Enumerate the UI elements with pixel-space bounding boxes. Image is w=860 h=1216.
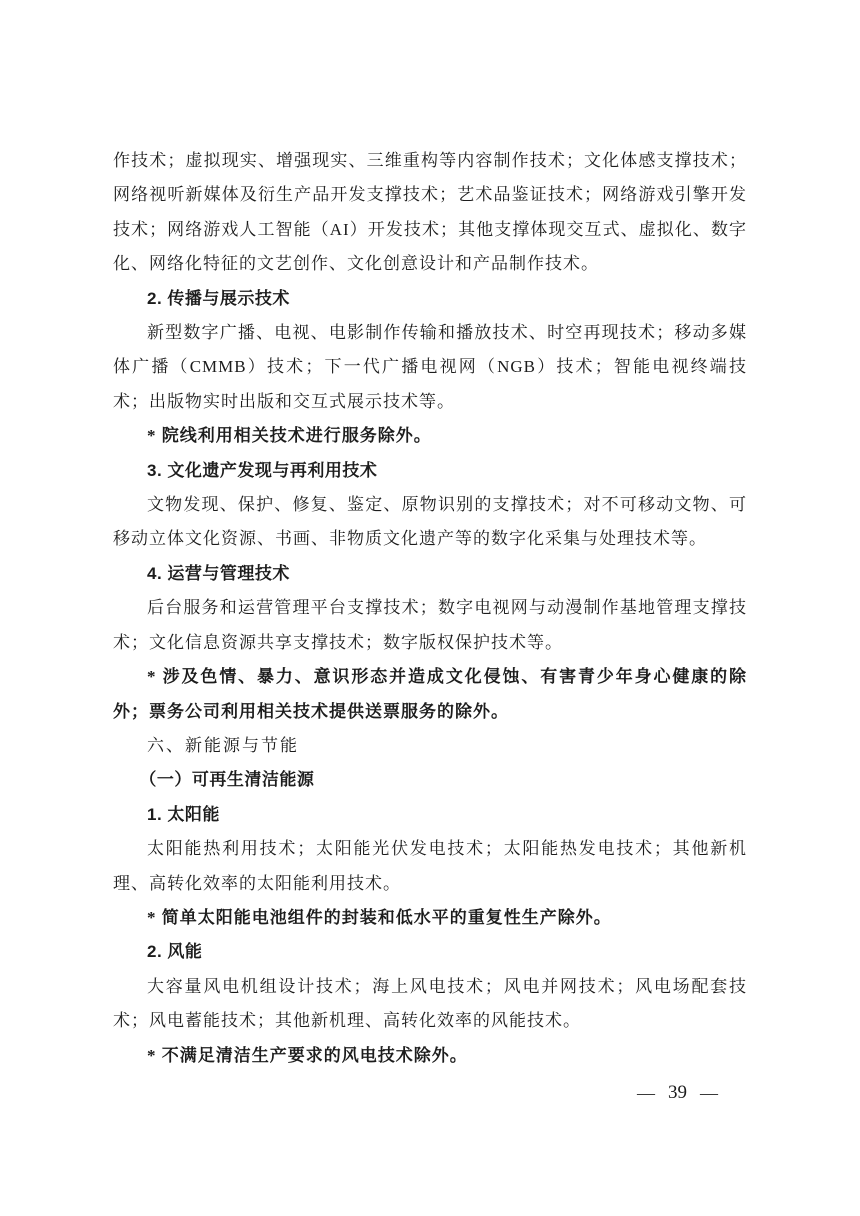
footer-left-dash: — (637, 1080, 655, 1106)
document-page: 作技术；虚拟现实、增强现实、三维重构等内容制作技术；文化体感支撑技术；网络视听新… (0, 0, 860, 1216)
exclusion-note: * 简单太阳能电池组件的封装和低水平的重复性生产除外。 (113, 901, 747, 935)
paragraph-continuation: 作技术；虚拟现实、增强现实、三维重构等内容制作技术；文化体感支撑技术；网络视听新… (113, 144, 747, 282)
paragraph: 大容量风电机组设计技术；海上风电技术；风电并网技术；风电场配套技术；风电蓄能技术… (113, 970, 747, 1039)
page-number-value: 39 (668, 1080, 687, 1106)
exclusion-note: * 不满足清洁生产要求的风电技术除外。 (113, 1039, 747, 1073)
heading-wind-energy: 2. 风能 (113, 935, 747, 969)
paragraph: 文物发现、保护、修复、鉴定、原物识别的支撑技术；对不可移动文物、可移动立体文化资… (113, 488, 747, 557)
subsection-heading-renewable-clean-energy: （一）可再生清洁能源 (113, 763, 747, 797)
heading-dissemination-display-tech: 2. 传播与展示技术 (113, 282, 747, 316)
paragraph: 后台服务和运营管理平台支撑技术；数字电视网与动漫制作基地管理支撑技术；文化信息资… (113, 591, 747, 660)
heading-solar-energy: 1. 太阳能 (113, 798, 747, 832)
paragraph: 新型数字广播、电视、电影制作传输和播放技术、时空再现技术；移动多媒体广播（CMM… (113, 316, 747, 419)
exclusion-note: * 院线利用相关技术进行服务除外。 (113, 419, 747, 453)
footer-right-dash: — (700, 1080, 718, 1106)
document-body: 作技术；虚拟现实、增强现实、三维重构等内容制作技术；文化体感支撑技术；网络视听新… (113, 144, 747, 1073)
exclusion-note: * 涉及色情、暴力、意识形态并造成文化侵蚀、有害青少年身心健康的除外；票务公司利… (113, 660, 747, 729)
section-heading-new-energy: 六、新能源与节能 (113, 729, 747, 763)
page-number: — 39 — (637, 1080, 718, 1106)
paragraph: 太阳能热利用技术；太阳能光伏发电技术；太阳能热发电技术；其他新机理、高转化效率的… (113, 832, 747, 901)
heading-cultural-heritage-tech: 3. 文化遗产发现与再利用技术 (113, 454, 747, 488)
heading-operation-management-tech: 4. 运营与管理技术 (113, 557, 747, 591)
